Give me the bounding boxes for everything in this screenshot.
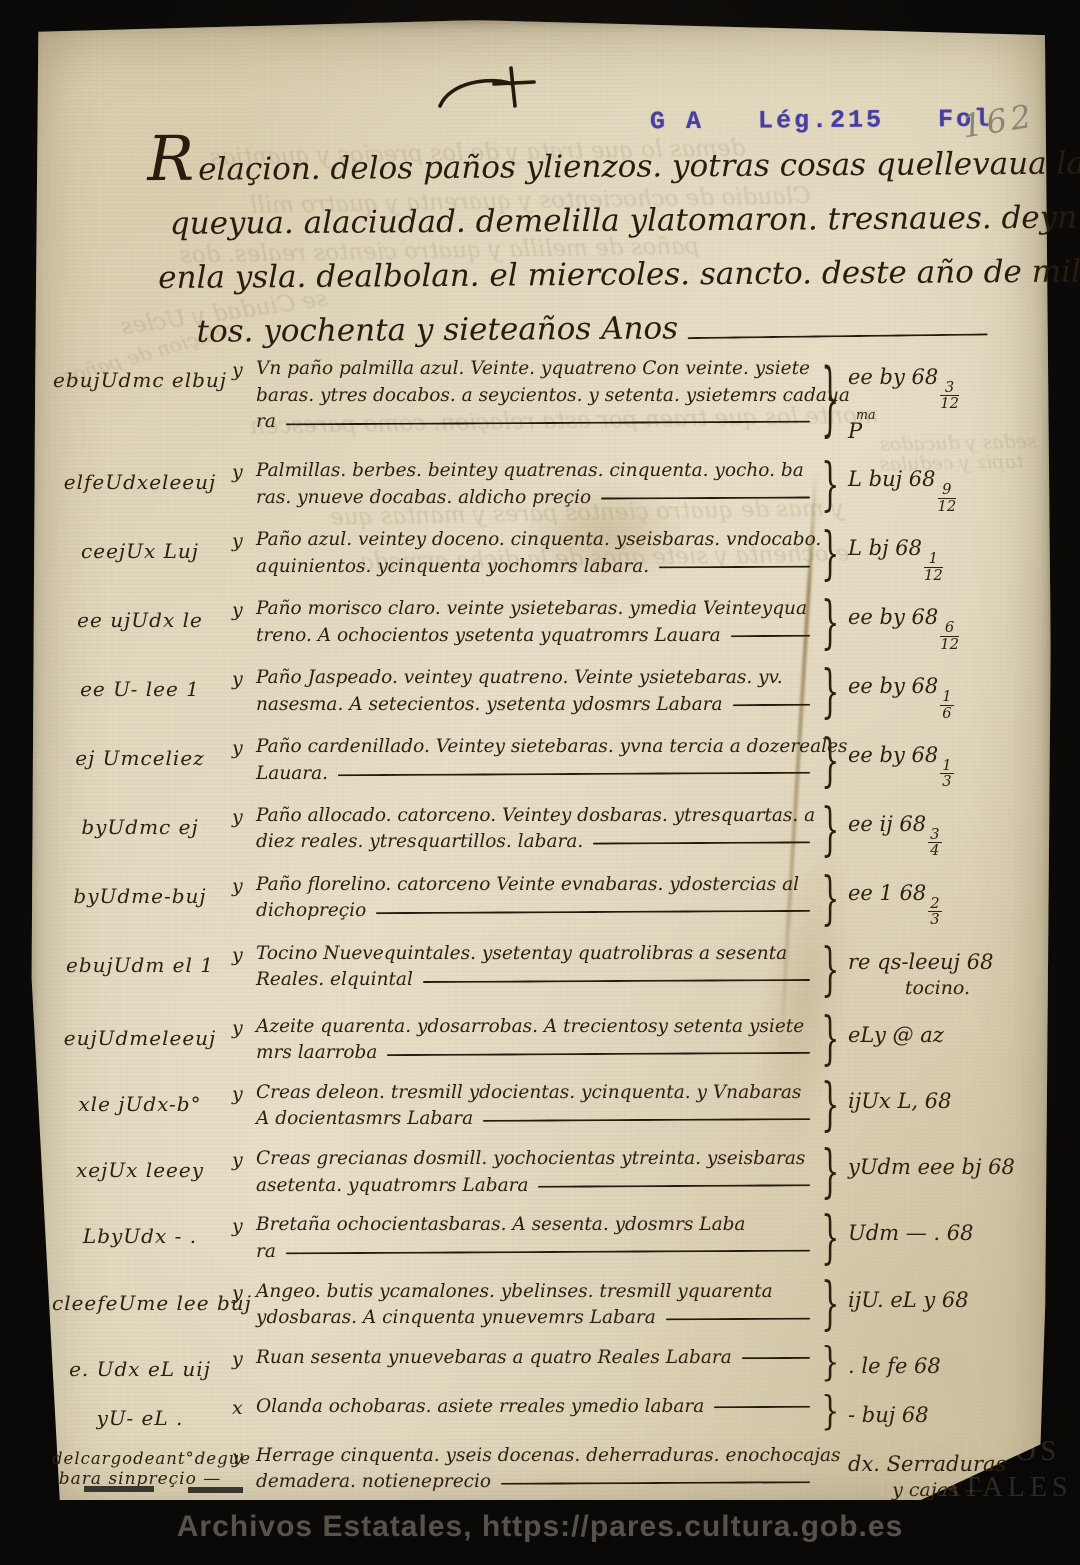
inventory-entry-row: ebujUdmc elbuj y Vn paño palmilla azul. … (52, 356, 1027, 445)
fill-rule (338, 772, 810, 776)
entry-value: ijUx L, 68 (848, 1080, 1027, 1115)
item-marker: y (232, 458, 252, 483)
fill-rule (666, 1317, 810, 1320)
entry-amount-numerals: elfeUdxeleeuj (52, 458, 228, 494)
entry-description: Paño cardenillado. Veintey sietebaras. y… (256, 734, 812, 787)
entry-brace: } (816, 1146, 844, 1199)
entry-brace: } (816, 458, 844, 514)
entry-value: - buj 68 (848, 1394, 1027, 1429)
entry-brace: } (816, 356, 844, 445)
entry-amount-numerals: yU- eL . (52, 1394, 228, 1430)
entry-description: Herrage cinquenta. yseis docenas. deherr… (256, 1443, 812, 1496)
entry-amount-numerals: xle jUdx-b° (52, 1080, 228, 1116)
inventory-entry-row: cleefeUme lee buj y Angeo. butis ycamalo… (52, 1279, 1027, 1332)
archive-corner-watermark: ARCHIVOS ESTATALES (878, 1434, 1073, 1507)
entry-value: re qs-leeuj 68 tocino. (848, 941, 1027, 1001)
entry-amount-numerals: ebujUdmc elbuj (52, 356, 228, 392)
entry-description: Paño florelino. catorceno Veinte evnabar… (256, 872, 812, 925)
archive-reference-stamp: G A Lég.215 Fol (650, 105, 992, 136)
title-line: elaçion. delos paños ylienzos. yotras co… (198, 136, 1080, 197)
entry-value: Udm — . 68 (848, 1212, 1027, 1247)
item-marker: y (232, 1014, 252, 1039)
entry-amount-numerals: delcargodeant°degue bara sinpreçio — (52, 1443, 228, 1489)
inventory-entry-row: eujUdmeleeuj y Azeite quarenta. ydosarro… (52, 1014, 1027, 1067)
entry-value: ee 1 6823 (848, 872, 1027, 928)
entry-description: Palmillas. berbes. beintey quatrenas. ci… (256, 458, 812, 511)
entry-brace: } (816, 1212, 844, 1265)
entry-brace: } (816, 596, 844, 652)
entry-description: Paño allocado. catorceno. Veintey dosbar… (256, 803, 812, 856)
entry-amount-numerals: ee U- lee 1 (52, 665, 228, 701)
entry-brace: } (816, 1345, 844, 1381)
entry-value: ee by 6813 (848, 734, 1027, 790)
entry-value: yUdm eee bj 68 (848, 1146, 1027, 1181)
entry-amount-numerals: byUdme-buj (52, 872, 228, 908)
item-marker: y (232, 1279, 252, 1304)
entry-description: Olanda ochobaras. asiete rreales ymedio … (256, 1394, 812, 1421)
entry-description: Paño azul. veintey doceno. cinquenta. ys… (256, 527, 812, 580)
entry-brace: } (816, 1080, 844, 1133)
title-line: queyua. alaciudad. demelilla ylatomaron.… (170, 191, 1028, 251)
inventory-entry-row: ebujUdm el 1 y Tocino Nuevequintales. ys… (52, 941, 1027, 1001)
fill-rule (593, 841, 810, 844)
entry-brace: } (816, 1394, 844, 1430)
inventory-entry-row: LbyUdx - . y Bretaña ochocientasbaras. A… (52, 1212, 1027, 1265)
entry-brace: } (816, 803, 844, 859)
item-marker: x (232, 1394, 252, 1419)
item-marker: y (232, 1146, 252, 1171)
fill-rule (688, 333, 988, 339)
inventory-entry-row: elfeUdxeleeuj y Palmillas. berbes. beint… (52, 458, 1027, 514)
scanner-mark (84, 1486, 154, 1492)
fill-rule (601, 497, 810, 500)
inventory-entry-row: ee ujUdx le y Paño morisco claro. veinte… (52, 596, 1027, 652)
entry-description: Vn paño palmilla azul. Veinte. yquatreno… (256, 356, 812, 436)
entry-value: ijU. eL y 68 (848, 1279, 1027, 1314)
entry-value: ee by 6816 (848, 665, 1027, 721)
entry-value: ee ij 6834 (848, 803, 1027, 859)
entry-value: ee by 68312maP (848, 356, 1027, 445)
entry-brace: } (816, 872, 844, 928)
fill-rule (423, 979, 810, 983)
archive-url-watermark: Archivos Estatales, https://pares.cultur… (0, 1510, 1080, 1544)
inventory-entry-row: e. Udx eL uij y Ruan sesenta ynuevebaras… (52, 1345, 1027, 1381)
inventory-entry-row: yU- eL . x Olanda ochobaras. asiete rrea… (52, 1394, 1027, 1430)
title-line: tos. yochenta y sieteaños Anos (196, 301, 678, 358)
inventory-entry-list: ebujUdmc elbuj y Vn paño palmilla azul. … (52, 356, 1027, 1565)
inventory-entry-row: byUdmc ej y Paño allocado. catorceno. Ve… (52, 803, 1027, 859)
entry-description: Azeite quarenta. ydosarrobas. A trecient… (256, 1014, 812, 1067)
fill-rule (387, 1051, 810, 1055)
scanner-mark (188, 1487, 243, 1493)
entry-amount-numerals: ej Umceliez (52, 734, 228, 770)
item-marker: y (232, 665, 252, 690)
entry-amount-numerals: ebujUdm el 1 (52, 941, 228, 977)
entry-description: Creas deleon. tresmill ydocientas. ycinq… (256, 1080, 812, 1133)
entry-amount-numerals: e. Udx eL uij (52, 1345, 228, 1381)
fill-rule (733, 704, 810, 706)
scanned-manuscript-page: { "colors": { "background": "#0c0a08", "… (0, 0, 1080, 1565)
entry-brace: } (816, 941, 844, 1001)
entry-description: Angeo. butis ycamalones. ybelinses. tres… (256, 1279, 812, 1332)
entry-value: L buj 68912 (848, 458, 1027, 514)
item-marker: y (232, 356, 252, 381)
item-marker: y (232, 803, 252, 828)
item-marker: y (232, 1345, 252, 1370)
entry-value: . le fe 68 (848, 1345, 1027, 1380)
inventory-entry-row: xejUx leeey y Creas grecianas dosmill. y… (52, 1146, 1027, 1199)
entry-brace: } (816, 665, 844, 721)
fill-rule (483, 1118, 810, 1122)
inventory-entry-row: ej Umceliez y Paño cardenillado. Veintey… (52, 734, 1027, 790)
title-line: enla ysla. dealbolan. el miercoles. sanc… (158, 245, 1028, 305)
item-marker: y (232, 734, 252, 759)
fill-rule (501, 1481, 810, 1485)
entry-brace: } (816, 1443, 844, 1503)
fill-rule (714, 1406, 810, 1409)
entry-amount-numerals: eujUdmeleeuj (52, 1014, 228, 1050)
fill-rule (286, 420, 810, 425)
item-marker: y (232, 1080, 252, 1105)
item-marker: y (232, 1443, 252, 1468)
fill-rule (376, 910, 810, 914)
fill-rule (742, 1357, 810, 1359)
entry-amount-numerals: cleefeUme lee buj (52, 1279, 228, 1315)
fill-rule (286, 1250, 810, 1255)
entry-brace: } (816, 1014, 844, 1067)
entry-brace: } (816, 1279, 844, 1332)
entry-amount-numerals: LbyUdx - . (52, 1212, 228, 1248)
entry-amount-numerals: ee ujUdx le (52, 596, 228, 632)
entry-value: ee by 68612 (848, 596, 1027, 652)
entry-description: Paño morisco claro. veinte ysietebaras. … (256, 596, 812, 649)
inventory-entry-row: xle jUdx-b° y Creas deleon. tresmill ydo… (52, 1080, 1027, 1133)
inventory-entry-row: ceejUx Luj y Paño azul. veintey doceno. … (52, 527, 1027, 583)
entry-amount-numerals: byUdmc ej (52, 803, 228, 839)
fill-rule (659, 566, 810, 569)
entry-description: Bretaña ochocientasbaras. A sesenta. ydo… (256, 1212, 812, 1265)
entry-value: L bj 68112 (848, 527, 1027, 583)
entry-amount-numerals: ceejUx Luj (52, 527, 228, 563)
item-marker: y (232, 596, 252, 621)
inventory-entry-row: byUdme-buj y Paño florelino. catorceno V… (52, 872, 1027, 928)
entry-description: Ruan sesenta ynuevebaras a quatro Reales… (256, 1345, 812, 1372)
entry-description: Tocino Nuevequintales. ysetentay quatrol… (256, 941, 812, 994)
fill-rule (538, 1184, 810, 1187)
entry-amount-numerals: xejUx leeey (52, 1146, 228, 1182)
entry-value: eLy @ az (848, 1014, 1027, 1049)
entry-description: Paño Jaspeado. veintey quatreno. Veinte … (256, 665, 812, 718)
item-marker: y (232, 527, 252, 552)
invocation-cross-mark (432, 62, 552, 120)
item-marker: y (232, 872, 252, 897)
entry-brace: } (816, 527, 844, 583)
entry-description: Creas grecianas dosmill. yochocientas yt… (256, 1146, 812, 1199)
entry-brace: } (816, 734, 844, 790)
document-title: R elaçion. delos paños ylienzos. yotras … (147, 137, 1028, 359)
inventory-entry-row: ee U- lee 1 y Paño Jaspeado. veintey qua… (52, 665, 1027, 721)
item-marker: y (232, 1212, 252, 1237)
item-marker: y (232, 941, 252, 966)
fill-rule (731, 635, 810, 637)
